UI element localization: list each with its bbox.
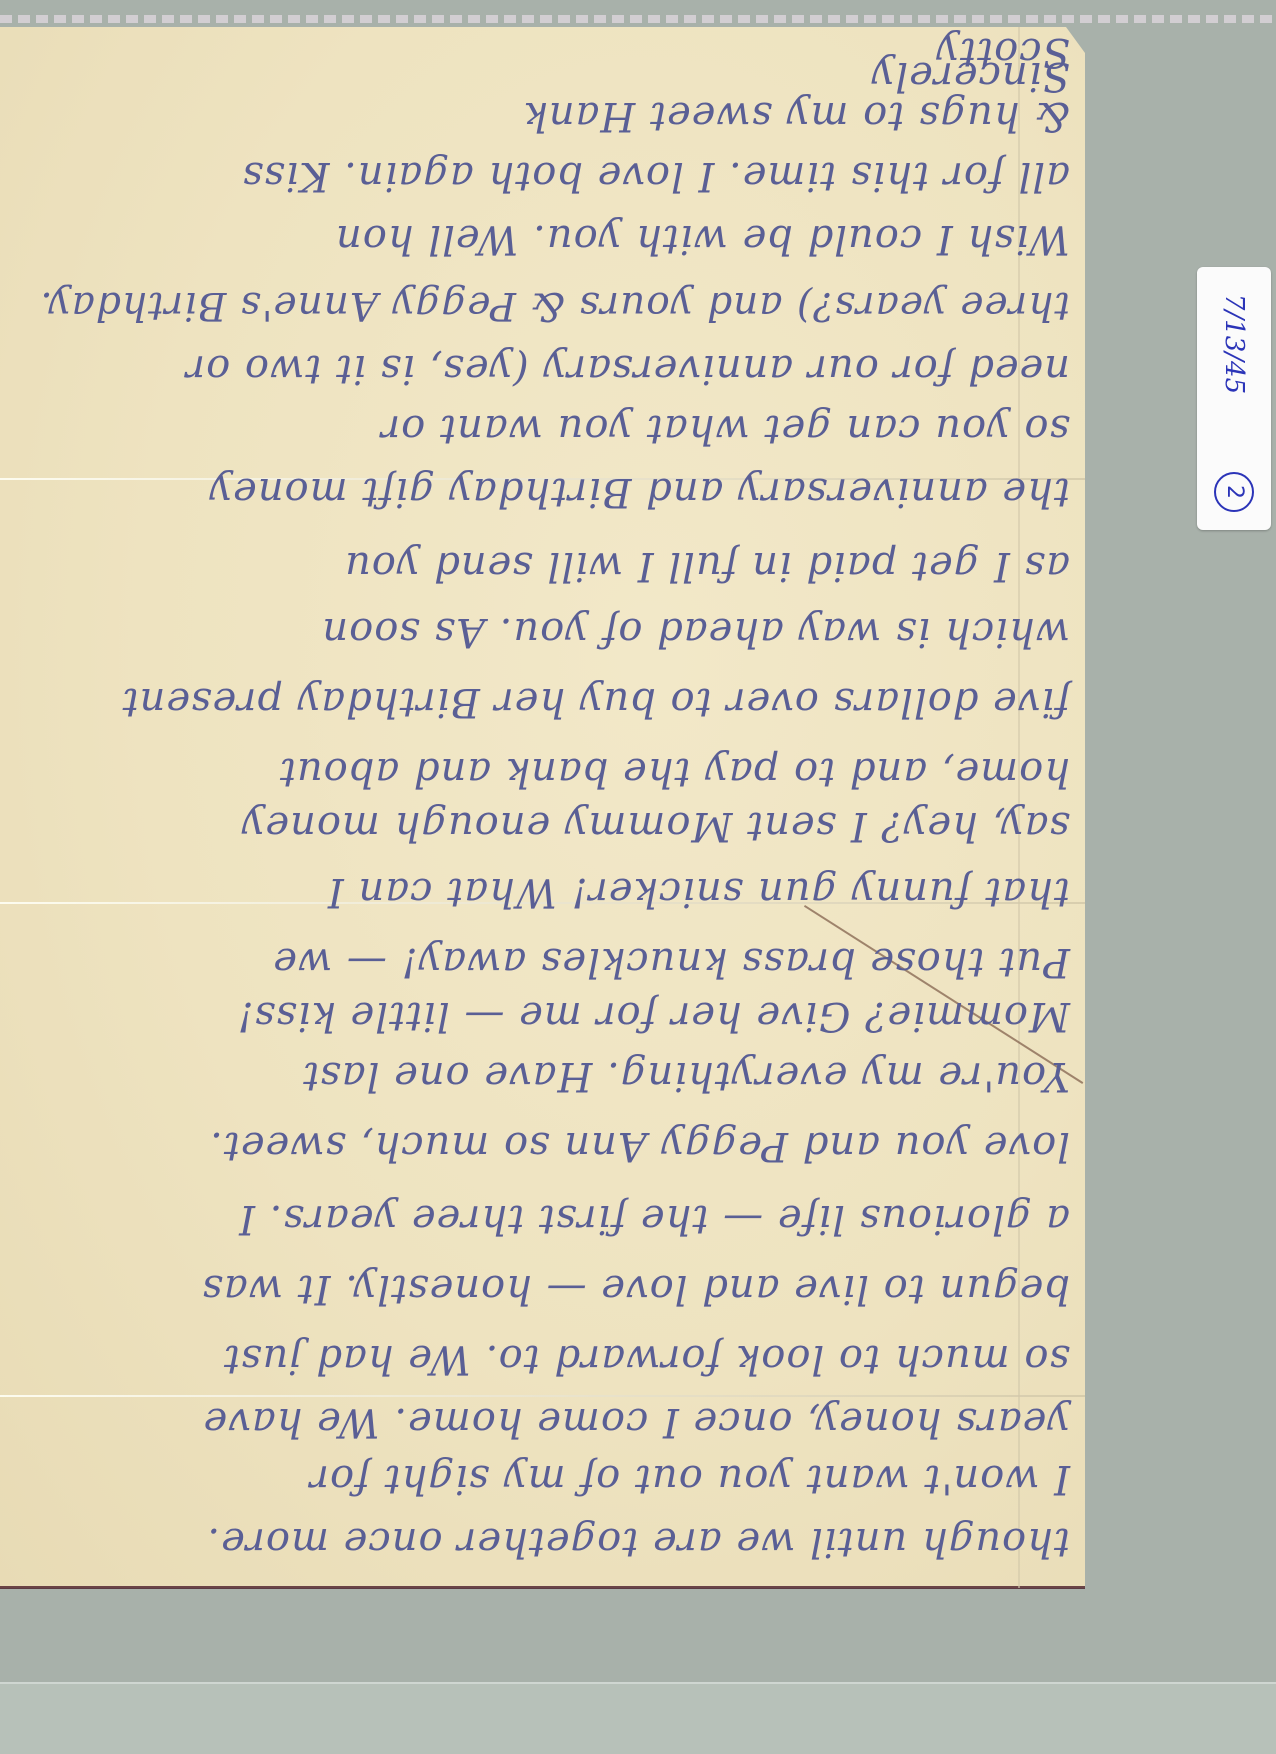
label-page-number: 2 [1214,472,1254,512]
letter-line: five dollars over to buy her Birthday pr… [10,679,1070,725]
sheet-protector-bottom-edge [0,1682,1276,1754]
label-date: 7/13/45 [1219,294,1249,394]
letter-line: Put those brass knuckles away! — we [110,939,1070,985]
letter-line: as I get paid in full I will send you [100,543,1070,589]
letter-line: love you and Peggy Ann so much, sweet. [40,1123,1070,1169]
letter-line: a glorious life — the first three years.… [50,1196,1070,1242]
letter-line: though until we are together once more. [60,1519,1070,1565]
letter-line: home, and to pay the bank and about [60,749,1070,795]
letter-line: years honey, once I come home. We have [50,1399,1070,1445]
letter-line: begun to live and love — honestly. It wa… [40,1266,1070,1312]
letter-line: need for our anniversary (yes, is it two… [70,346,1070,392]
letter-line: that funny gun snicker! What can I [60,869,1070,915]
letter-line: Scotty [130,29,1070,75]
letter-line: You're my everything. Have one last [150,1053,1070,1099]
fold-line [0,1395,1085,1397]
letter-line: Mommie? Give her for me — little kiss! [10,993,1070,1039]
letter-line: all for this time. I love both again. Ki… [40,153,1070,199]
letter-line: which is way ahead of you. As soon [70,609,1070,655]
letter-line: the anniversary and Birthday gift money [60,469,1070,515]
letter-line: so much to look forward to. We had just [30,1336,1070,1382]
letter-line: I won't want you out of my sight for [60,1456,1070,1502]
letter-line: & hugs to my sweet Hank [480,93,1070,139]
paper-bottom-shadow [0,1586,1085,1589]
letter-line: three years?) and yours & Peggy Anne's B… [30,283,1070,328]
sheet-protector-perforation [0,15,1276,23]
letter-line: Wish I could be with you. Well hon [100,216,1070,262]
page-label-tag: 7/13/45 2 [1197,267,1271,530]
letter-line: so you can get what you want or [110,406,1070,452]
letter-line: say, hey? I sent Mommy enough money [10,803,1070,849]
